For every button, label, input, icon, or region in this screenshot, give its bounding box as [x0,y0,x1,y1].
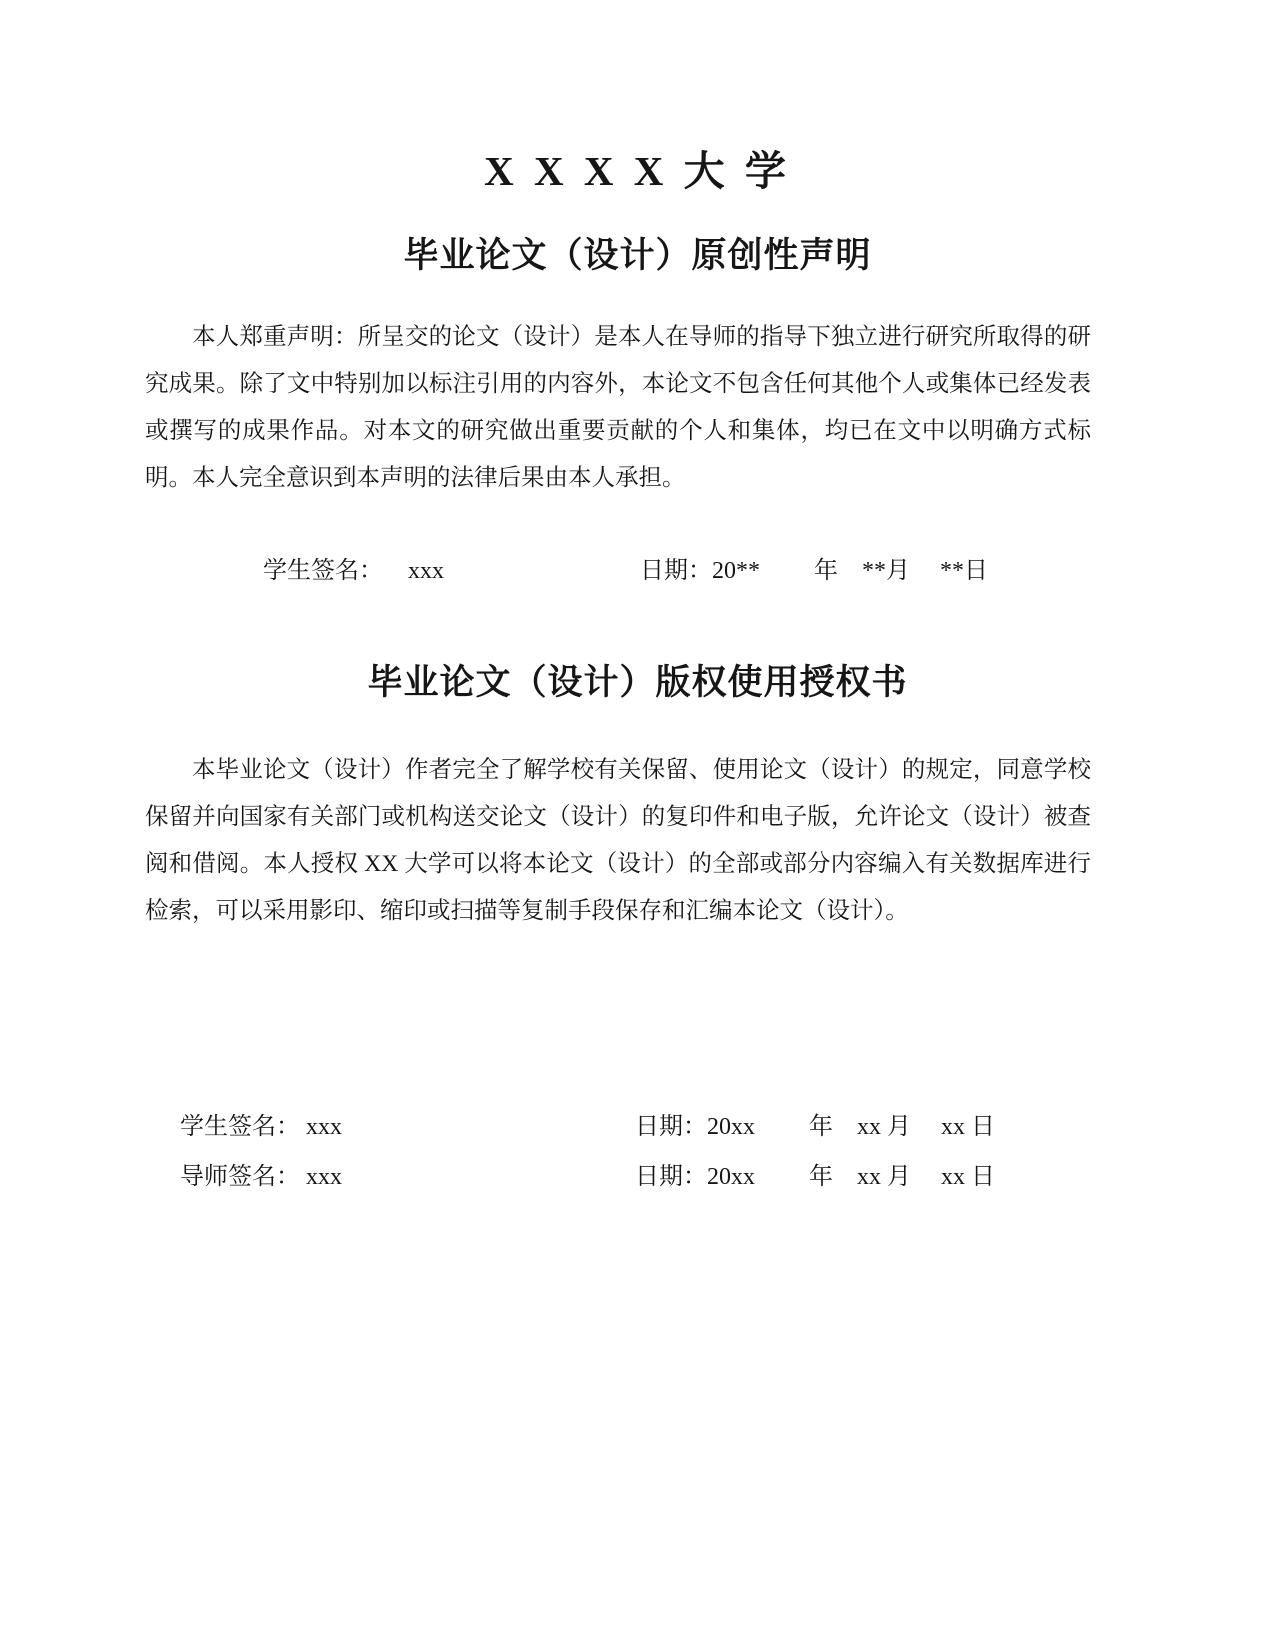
declaration-student-signature-value: xxx [408,556,444,586]
document-page: X X X X 大 学 毕业论文（设计）原创性声明 本人郑重声明：所呈交的论文（… [0,0,1275,1650]
authorization-paragraph: 本毕业论文（设计）作者完全了解学校有关保留、使用论文（设计）的规定，同意学校保留… [145,747,1091,935]
declaration-date-text: 日期：20** 年 **月 **日 [640,556,988,586]
declaration-paragraph: 本人郑重声明：所呈交的论文（设计）是本人在导师的指导下独立进行研究所取得的研究成… [145,314,1091,502]
authorization-supervisor-signature-label: 导师签名： [180,1162,300,1192]
authorization-supervisor-date-text: 日期：20xx 年 xx 月 xx 日 [635,1162,995,1192]
authorization-heading: 毕业论文（设计）版权使用授权书 [0,655,1275,705]
university-title: X X X X 大 学 [0,138,1275,197]
authorization-supervisor-signature-value: xxx [306,1162,342,1192]
declaration-heading: 毕业论文（设计）原创性声明 [0,228,1275,278]
authorization-student-signature-label: 学生签名： [180,1112,300,1142]
declaration-student-signature-label: 学生签名： [263,556,383,586]
authorization-student-signature-value: xxx [306,1112,342,1142]
authorization-student-date-text: 日期：20xx 年 xx 月 xx 日 [635,1112,995,1142]
